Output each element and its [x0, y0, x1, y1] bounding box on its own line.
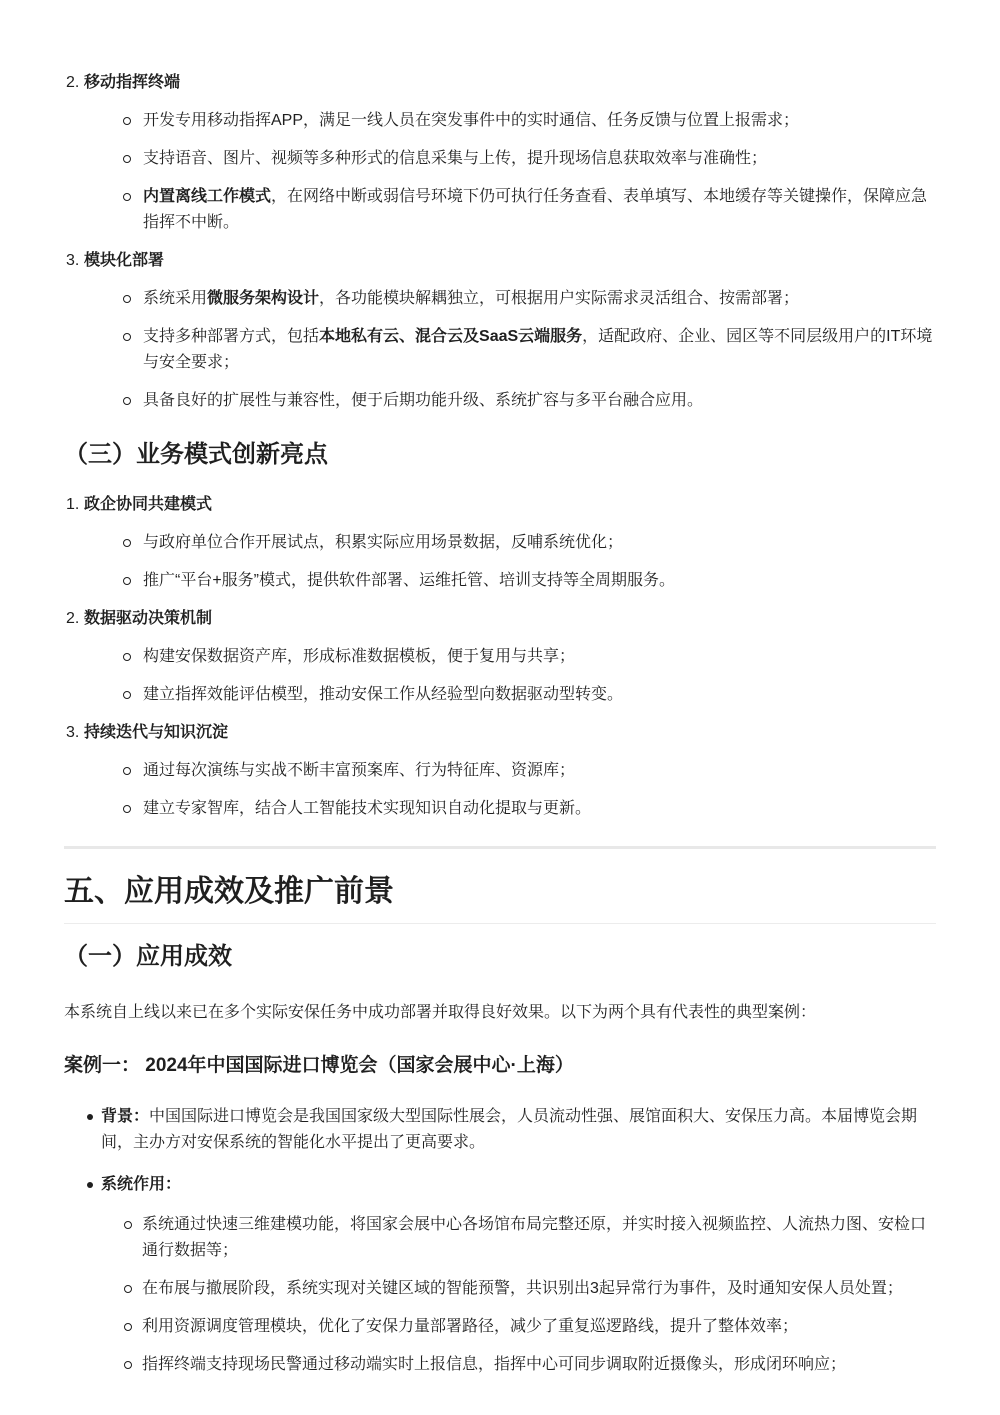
list-item-heading: 2. 数据驱动决策机制 [66, 606, 936, 632]
list-item: 内置离线工作模式，在网络中断或弱信号环境下仍可执行任务查看、表单填写、本地缓存等… [66, 184, 936, 236]
list-item-text: 背景：中国国际进口博览会是我国国家级大型国际性展会，人员流动性强、展馆面积大、安… [101, 1108, 917, 1151]
circle-bullet-icon [123, 397, 131, 405]
circle-bullet-icon [123, 653, 131, 661]
list-item-heading: 3. 模块化部署 [66, 248, 936, 274]
list-item-text: 构建安保数据资产库，形成标准数据模板，便于复用与共享； [143, 648, 575, 665]
list-item-text: 与政府单位合作开展试点，积累实际应用场景数据，反哺系统优化； [143, 534, 623, 551]
disc-bullet-icon [87, 1182, 93, 1188]
list-number: 3. [66, 248, 84, 274]
list-item-text: 支持多种部署方式，包括本地私有云、混合云及SaaS云端服务，适配政府、企业、园区… [143, 328, 932, 371]
innovation-list: 1. 政企协同共建模式 与政府单位合作开展试点，积累实际应用场景数据，反哺系统优… [64, 492, 936, 822]
list-item-text: 系统通过快速三维建模功能，将国家会展中心各场馆布局完整还原，并实时接入视频监控、… [142, 1216, 926, 1259]
list-item: 1. 政企协同共建模式 与政府单位合作开展试点，积累实际应用场景数据，反哺系统优… [66, 492, 936, 594]
list-item: 通过每次演练与实战不断丰富预案库、行为特征库、资源库； [66, 758, 936, 784]
sub-list: 通过每次演练与实战不断丰富预案库、行为特征库、资源库； 建立专家智库，结合人工智… [66, 758, 936, 822]
list-item-text: 系统作用： [101, 1176, 181, 1193]
list-number: 2. [66, 606, 84, 632]
circle-bullet-icon [123, 577, 131, 585]
circle-bullet-icon [123, 193, 131, 201]
feature-list: 2. 移动指挥终端 开发专用移动指挥APP，满足一线人员在突发事件中的实时通信、… [64, 70, 936, 414]
list-item: 系统采用微服务架构设计，各功能模块解耦独立，可根据用户实际需求灵活组合、按需部署… [66, 286, 936, 312]
list-item-text: 支持语音、图片、视频等多种形式的信息采集与上传，提升现场信息获取效率与准确性； [143, 150, 767, 167]
list-item: 在布展与撤展阶段，系统实现对关键区域的智能预警，共识别出3起异常行为事件，及时通… [101, 1276, 936, 1302]
list-item-title: 模块化部署 [84, 248, 164, 274]
list-item: 构建安保数据资产库，形成标准数据模板，便于复用与共享； [66, 644, 936, 670]
list-item: 建立指挥效能评估模型，推动安保工作从经验型向数据驱动型转变。 [66, 682, 936, 708]
list-item: 3. 模块化部署 系统采用微服务架构设计，各功能模块解耦独立，可根据用户实际需求… [66, 248, 936, 414]
circle-bullet-icon [123, 805, 131, 813]
chapter-heading-application-results: 五、应用成效及推广前景 [64, 871, 936, 924]
list-item-text: 指挥终端支持现场民警通过移动端实时上报信息，指挥中心可同步调取附近摄像头，形成闭… [142, 1356, 846, 1373]
case1-list: 背景：中国国际进口博览会是我国国家级大型国际性展会，人员流动性强、展馆面积大、安… [64, 1104, 936, 1378]
list-item: 支持多种部署方式，包括本地私有云、混合云及SaaS云端服务，适配政府、企业、园区… [66, 324, 936, 376]
list-number: 3. [66, 720, 84, 746]
circle-bullet-icon [123, 691, 131, 699]
list-item-text: 通过每次演练与实战不断丰富预案库、行为特征库、资源库； [143, 762, 575, 779]
circle-bullet-icon [123, 539, 131, 547]
list-item-text: 推广“平台+服务”模式，提供软件部署、运维托管、培训支持等全周期服务。 [143, 572, 675, 589]
sub-list: 开发专用移动指挥APP，满足一线人员在突发事件中的实时通信、任务反馈与位置上报需… [66, 108, 936, 236]
system-role-sub-list: 系统通过快速三维建模功能，将国家会展中心各场馆布局完整还原，并实时接入视频监控、… [101, 1212, 936, 1378]
circle-bullet-icon [124, 1221, 132, 1229]
list-number: 2. [66, 70, 84, 96]
sub-list: 系统采用微服务架构设计，各功能模块解耦独立，可根据用户实际需求灵活组合、按需部署… [66, 286, 936, 414]
list-item-title: 持续迭代与知识沉淀 [84, 720, 228, 746]
document-page: 2. 移动指挥终端 开发专用移动指挥APP，满足一线人员在突发事件中的实时通信、… [0, 0, 1000, 1378]
list-item-text: 利用资源调度管理模块，优化了安保力量部署路径，减少了重复巡逻路线，提升了整体效率… [142, 1318, 798, 1335]
list-item-text: 建立专家智库，结合人工智能技术实现知识自动化提取与更新。 [143, 800, 591, 817]
list-item: 利用资源调度管理模块，优化了安保力量部署路径，减少了重复巡逻路线，提升了整体效率… [101, 1314, 936, 1340]
list-item: 2. 数据驱动决策机制 构建安保数据资产库，形成标准数据模板，便于复用与共享； … [66, 606, 936, 708]
list-item-title: 移动指挥终端 [84, 70, 180, 96]
case1-heading: 案例一： 2024年中国国际进口博览会（国家会展中心·上海） [64, 1052, 936, 1080]
list-item: 3. 持续迭代与知识沉淀 通过每次演练与实战不断丰富预案库、行为特征库、资源库；… [66, 720, 936, 822]
circle-bullet-icon [124, 1285, 132, 1293]
subsection-heading-application-results: （一）应用成效 [64, 940, 936, 974]
list-item: 开发专用移动指挥APP，满足一线人员在突发事件中的实时通信、任务反馈与位置上报需… [66, 108, 936, 134]
list-item: 建立专家智库，结合人工智能技术实现知识自动化提取与更新。 [66, 796, 936, 822]
list-item: 系统通过快速三维建模功能，将国家会展中心各场馆布局完整还原，并实时接入视频监控、… [101, 1212, 936, 1264]
list-item-heading: 3. 持续迭代与知识沉淀 [66, 720, 936, 746]
sub-list: 构建安保数据资产库，形成标准数据模板，便于复用与共享； 建立指挥效能评估模型，推… [66, 644, 936, 708]
list-item: 2. 移动指挥终端 开发专用移动指挥APP，满足一线人员在突发事件中的实时通信、… [66, 70, 936, 236]
list-item-heading: 2. 移动指挥终端 [66, 70, 936, 96]
list-item-text: 系统采用微服务架构设计，各功能模块解耦独立，可根据用户实际需求灵活组合、按需部署… [143, 290, 799, 307]
disc-bullet-icon [87, 1114, 93, 1120]
section-divider [64, 846, 936, 849]
list-item-title: 数据驱动决策机制 [84, 606, 212, 632]
list-item-title: 政企协同共建模式 [84, 492, 212, 518]
list-item-background: 背景：中国国际进口博览会是我国国家级大型国际性展会，人员流动性强、展馆面积大、安… [64, 1104, 936, 1156]
circle-bullet-icon [124, 1361, 132, 1369]
sub-list: 与政府单位合作开展试点，积累实际应用场景数据，反哺系统优化； 推广“平台+服务”… [66, 530, 936, 594]
list-item: 支持语音、图片、视频等多种形式的信息采集与上传，提升现场信息获取效率与准确性； [66, 146, 936, 172]
list-item-text: 建立指挥效能评估模型，推动安保工作从经验型向数据驱动型转变。 [143, 686, 623, 703]
list-item-heading: 1. 政企协同共建模式 [66, 492, 936, 518]
list-item: 指挥终端支持现场民警通过移动端实时上报信息，指挥中心可同步调取附近摄像头，形成闭… [101, 1352, 936, 1378]
list-item-text: 内置离线工作模式，在网络中断或弱信号环境下仍可执行任务查看、表单填写、本地缓存等… [143, 188, 927, 231]
circle-bullet-icon [123, 295, 131, 303]
circle-bullet-icon [123, 333, 131, 341]
list-item: 推广“平台+服务”模式，提供软件部署、运维托管、培训支持等全周期服务。 [66, 568, 936, 594]
circle-bullet-icon [124, 1323, 132, 1331]
intro-paragraph: 本系统自上线以来已在多个实际安保任务中成功部署并取得良好效果。以下为两个具有代表… [64, 1000, 936, 1026]
circle-bullet-icon [123, 767, 131, 775]
circle-bullet-icon [123, 117, 131, 125]
list-item: 具备良好的扩展性与兼容性，便于后期功能升级、系统扩容与多平台融合应用。 [66, 388, 936, 414]
list-item: 与政府单位合作开展试点，积累实际应用场景数据，反哺系统优化； [66, 530, 936, 556]
list-item-text: 在布展与撤展阶段，系统实现对关键区域的智能预警，共识别出3起异常行为事件，及时通… [142, 1280, 903, 1297]
list-item-system-role: 系统作用： 系统通过快速三维建模功能，将国家会展中心各场馆布局完整还原，并实时接… [64, 1172, 936, 1378]
circle-bullet-icon [123, 155, 131, 163]
list-item-text: 开发专用移动指挥APP，满足一线人员在突发事件中的实时通信、任务反馈与位置上报需… [143, 112, 799, 129]
list-item-text: 具备良好的扩展性与兼容性，便于后期功能升级、系统扩容与多平台融合应用。 [143, 392, 703, 409]
list-number: 1. [66, 492, 84, 518]
section-heading-business-model: （三）业务模式创新亮点 [64, 438, 936, 472]
